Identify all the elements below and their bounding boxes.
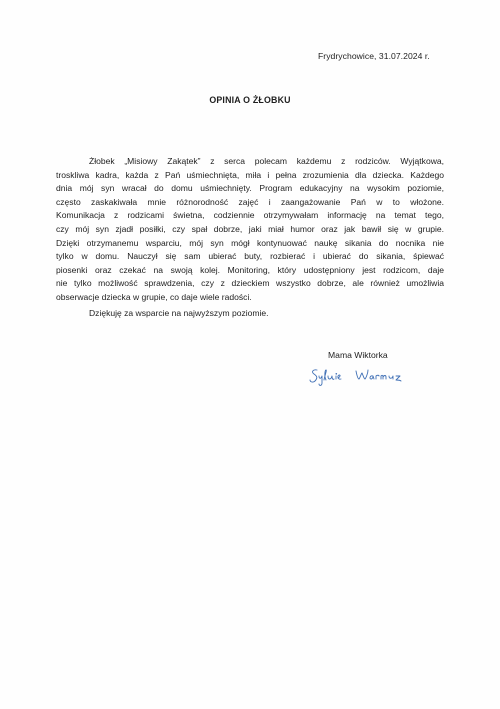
place-and-date: Frydrychowice, 31.07.2024 r. [318,51,430,61]
body-line: Dzięki otrzymanemu wsparciu, mój syn móg… [56,237,444,251]
body-line: obserwacje dziecka w grupie, co daje wie… [56,291,444,305]
thanks-line: Dziękuję za wsparcie na najwyższym pozio… [89,308,269,318]
body-line: tylko w domu. Nauczył się sam ubierać bu… [56,250,444,264]
document-body: Żłobek „Misiowy Zakątek” z serca polecam… [56,155,444,305]
body-line: piosenki oraz czekać na swoją kolej. Mon… [56,264,444,278]
body-line: Komunikacja z rodzicami świetna, codzien… [56,209,444,223]
body-line: często zaskakiwała mnie różnorodność zaj… [56,196,444,210]
signature-label: Mama Wiktorka [328,350,388,360]
document-title: OPINIA O ŻŁOBKU [0,95,500,105]
body-line: Żłobek „Misiowy Zakątek” z serca polecam… [56,155,444,169]
body-line: czy mój syn zjadł posiłki, czy spał dobr… [56,223,444,237]
handwritten-signature [308,366,418,388]
body-line: dnia mój syn wracał do domu uśmiechnięty… [56,182,444,196]
document-page: Frydrychowice, 31.07.2024 r. OPINIA O ŻŁ… [0,0,500,709]
body-line: troskliwa kadra, każda z Pań uśmiechnięt… [56,169,444,183]
body-line: nie tylko możliwość sprawdzenia, czy z d… [56,277,444,291]
